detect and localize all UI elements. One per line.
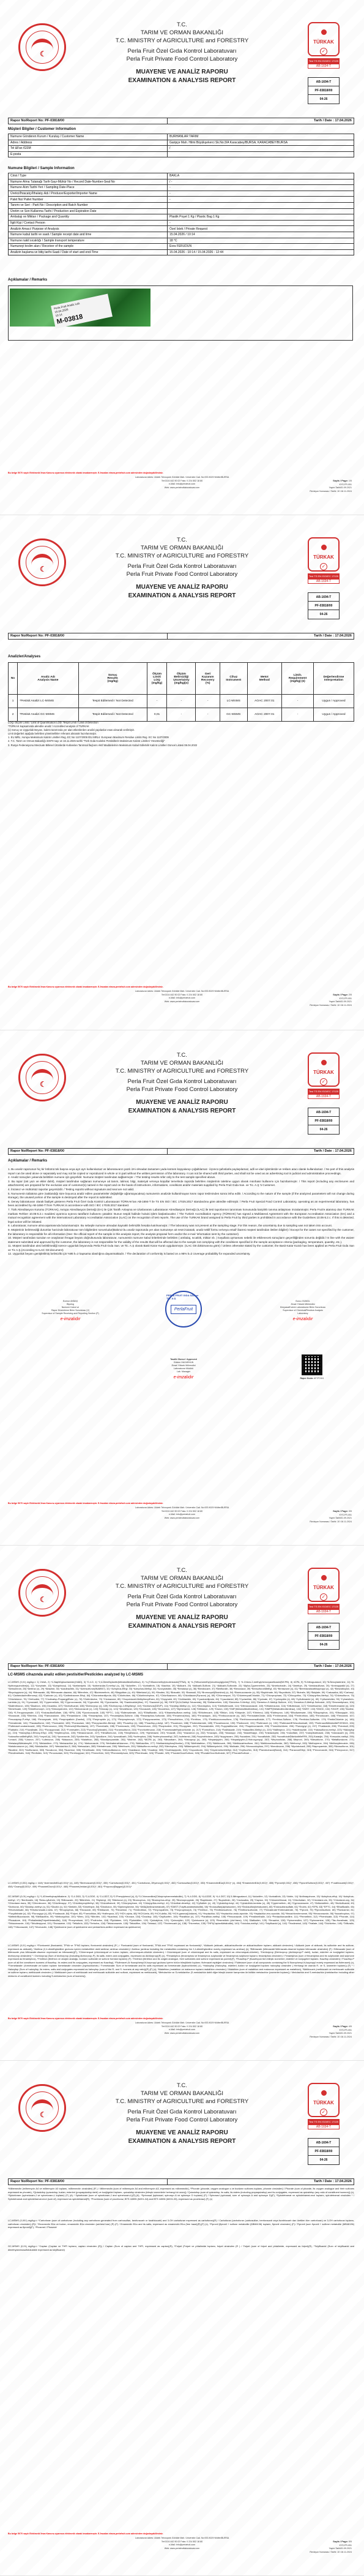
qr-code-icon[interactable] [302, 1354, 322, 1375]
lab-name-tr: Perla Fruit Özel Gıda Kontrol Laboratuva… [92, 47, 272, 55]
info-row: Numune Alma Tutanağı Tarih-Sayı-Mühür No… [9, 179, 354, 185]
signature-right: Burcu GÜMÜL Ziraat Yüksek Mühendisi Kimy… [257, 1300, 349, 1321]
report-number: Rapor No/Report No: PF-03818/00 [9, 118, 168, 124]
sum-lcmsms-0001-list: LC-MSMS (0,001) mg/kg=> *Carbofuran (sum… [8, 2219, 354, 2229]
info-value: / - [168, 179, 354, 185]
info-label: Üretim ve Son Kullanma Tarihi / Producti… [9, 208, 168, 214]
analysis-note: 3. Rusya Federasyonu Mevzuatı Bitkisel Ü… [8, 744, 354, 747]
page-meta: Sayfa / Page: 2/5 KYS-FR-051 Yayım Tarih… [310, 993, 352, 1007]
ministry-seal-icon: ☾ [18, 1569, 66, 1617]
page-number: 4/5 [349, 2025, 352, 2028]
report-date: Tarih / Date : 17.04.2026 [168, 1149, 354, 1154]
esign-notice: Bu belge 5070 sayılı Elektronik İmza Kan… [8, 986, 163, 988]
report-number: Rapor No/Report No: PF-03818/00 [9, 1149, 168, 1154]
remark-item: 1. Bu analiz raporunun hiç bir bölümü te… [8, 1168, 354, 1176]
esign-notice: Bu belge 5070 sayılı Elektronik İmza Kan… [8, 2017, 163, 2020]
esigned-mark: e-imzalıdır [24, 1318, 116, 1321]
analysis-cell: 2 [9, 708, 18, 722]
column-header: ÖlçümLimitiLOQ(mg/kg) [147, 663, 167, 695]
info-row: Ambalajı ve Miktarı / Package and Quanti… [9, 214, 354, 221]
report-header: ☾ T.C. TARIM VE ORMAN BAKANLIĞI T.C. MIN… [0, 18, 364, 110]
remark-item: 4. İmzasız ve mühürsüz raporlar geçersiz… [8, 1188, 354, 1192]
lab-name-tr: Perla Fruit Özel Gıda Kontrol Laboratuva… [92, 1593, 272, 1601]
info-label: Numune Alım Tarihi-Yeri / Sampling Date-… [9, 185, 168, 191]
lab-name-en: Perla Fruit Private Food Control Laborat… [92, 1601, 272, 1609]
pesticides-title: LC-MSMS cihazında analiz edilen pestisit… [8, 1673, 143, 1677]
remark-item: 7. Türk Akreditasyon Kurumu (TÜRKAK), Av… [8, 1208, 354, 1224]
header-titles: T.C. TARIM VE ORMAN BAKANLIĞI T.C. MINIS… [92, 21, 272, 85]
remark-item: 8. Laboratuvar, numune alma aşamasında b… [8, 1224, 354, 1228]
info-label: Tanımı ve Seri - Parti No / Description … [9, 202, 168, 208]
info-label: Numuneyi teslim alan / Receiver of the s… [9, 244, 168, 250]
lcmsms-list: LC-MSMS (0,01) mg/kg=> 1) 1NAA, 2) *1-Na… [8, 1680, 354, 1818]
lab-name-tr: Perla Fruit Özel Gıda Kontrol Laboratuva… [92, 2108, 272, 2116]
analysis-cell: Tespit Edilemedi / Not Detected [78, 708, 147, 722]
info-label: Cinsi / Type [9, 173, 168, 179]
ministry-seal-icon: ☾ [18, 2084, 66, 2132]
lab-contact: Laboratuvar Adres: Ulutek Teknopark Görü… [104, 2022, 260, 2035]
check-icon: ✓ [320, 2109, 327, 2116]
lab-contact: Laboratuvar Adres: Ulutek Teknopark Görü… [104, 2537, 260, 2550]
lab-contact: Laboratuvar Adres: Ulutek Teknopark Görü… [104, 476, 260, 489]
lab-name-en: Perla Fruit Private Food Control Laborat… [92, 1086, 272, 1093]
report-number: Rapor No/Report No: PF-03818/00 [9, 2179, 168, 2185]
sum-continued-list: *Milbemectin (milbemycin A4 ve milbemyci… [8, 2187, 354, 2200]
page-number: 3/5 [349, 1510, 352, 1513]
report-header: ☾ T.C. TARIM VE ORMAN BAKANLIĞI T.C. MIN… [0, 1049, 364, 1141]
report-title-en: EXAMINATION & ANALYSIS REPORT [92, 2137, 272, 2146]
report-header: ☾ T.C. TARIM VE ORMAN BAKANLIĞI T.C. MIN… [0, 1564, 364, 1656]
column-header: No [9, 663, 18, 695]
column-header: MetotMethod [247, 663, 282, 695]
info-value: 15.04.2026 / 10:14 [168, 232, 354, 238]
report-number-bar: Rapor No/Report No: PF-03818/00 Tarih / … [8, 2178, 354, 2185]
info-value: 18 °C [168, 238, 354, 244]
column-header: Limit₁Requirement(mg/kg) (≤) [282, 663, 314, 695]
info-value [168, 208, 354, 214]
analysis-cell: Uygun / Approved [313, 708, 354, 722]
analysis-cell: - [196, 708, 220, 722]
column-header: CihazInstrument [220, 663, 247, 695]
web-link[interactable]: Web: www.perlafruitlaboratuvar.com [104, 486, 260, 490]
info-value: Özel İstek / Private Request [168, 226, 354, 232]
report-date: Tarih / Date : 17.04.2026 [168, 1664, 354, 1669]
esigned-mark: e-imzalıdır [257, 1318, 349, 1321]
analysis-cell: Tespit Edilemedi / Not Detected [78, 695, 147, 708]
info-row: Numune Alım Tarihi-Yeri / Sampling Date-… [9, 185, 354, 191]
page-number: 2/5 [349, 994, 352, 996]
check-icon: ✓ [320, 48, 327, 55]
esign-notice: Bu belge 5070 sayılı Elektronik İmza Kan… [8, 472, 163, 474]
ministry-seal-icon: ☾ [18, 23, 66, 71]
sample-info-title: Numune Bilgileri / Sample Information [8, 167, 75, 170]
info-label: İlgili Kişi / Contact Person [9, 220, 168, 226]
ministry-tr: TARIM VE ORMAN BAKANLIĞI [92, 1574, 272, 1582]
info-row: Cinsi / TypeBAKLA [9, 173, 354, 179]
report-title-tr: MUAYENE VE ANALİZ RAPORU [92, 2129, 272, 2137]
info-label: Numune kabul tarihi ve saati / Sample re… [9, 232, 168, 238]
analyses-title: Analizler/Analyses [8, 655, 40, 659]
analysis-row: 1*Pestisit Analizi LC-MSMSTespit Edileme… [9, 695, 354, 708]
gcmsms-list: GC-MSMS (0,01) mg/kg=> 1) *1,4Dimethylna… [8, 1895, 354, 1928]
document-codes: AB-1694-T PF-03818/00 04-26 [308, 2138, 340, 2165]
company-stamp: PERLA FRUIT GIDA SAN ve TİC. A.Ş. PerlaF… [165, 1291, 202, 1328]
info-value: BURHANLAR TARIM [168, 134, 354, 140]
info-label: Adres / Address [9, 140, 168, 146]
info-value [168, 202, 354, 208]
ministry-seal-icon: ☾ [18, 1054, 66, 1101]
report-number-bar: Rapor No/Report No: PF-03818/00 Tarih / … [8, 1663, 354, 1670]
info-row: Analizin Amacı/ Purpose of AnalysisÖzel … [9, 226, 354, 232]
page-5: ☾ T.C. TARIM VE ORMAN BAKANLIĞI T.C. MIN… [0, 2061, 364, 2576]
header-titles: T.C. TARIM VE ORMAN BAKANLIĞI T.C. MINIS… [92, 1566, 272, 1631]
info-value: / [168, 146, 354, 152]
signature-left: Ecenur AKBAŞ Biyolog Numune Kabul ve Rap… [24, 1300, 116, 1321]
info-row: Tel &Fax /GSM/ [9, 146, 354, 152]
analysis-cell: - [282, 708, 314, 722]
info-label: Numune nakil sıcaklığı / Sample transpor… [9, 238, 168, 244]
remark-item: 10. Müşteri tarafından sunulan ve onayla… [8, 1236, 354, 1244]
info-row: Palet No/ Pallet Number - [9, 197, 354, 203]
lab-name-tr: Perla Fruit Özel Gıda Kontrol Laboratuva… [92, 1078, 272, 1086]
column-header: DeğerlendirmeInterpretation [313, 663, 354, 695]
report-code: AF2F2411 [314, 1377, 324, 1380]
column-header: ÖlçümBelirsizliğiUncertainty(mg/kg)(±) [167, 663, 196, 695]
sum-lcmsms-list: LC-MSMS (0,01) mg/kg=> *Flonicamid (flon… [8, 1944, 354, 2010]
turkak-badge: TÜRKAK ✓ Test TS EN ISO/IEC 17025 AB-169… [308, 1052, 340, 1099]
remark-item: 6. Deney laboratuvarı olarak faaliyet gö… [8, 1200, 354, 1208]
ministry-tr: TARIM VE ORMAN BAKANLIĞI [92, 2090, 272, 2098]
page-2: ☾ T.C. TARIM VE ORMAN BAKANLIĞI T.C. MIN… [0, 515, 364, 1030]
esign-notice: Bu belge 5070 sayılı Elektronik İmza Kan… [8, 1502, 163, 1505]
lab-contact: Laboratuvar Adres: Ulutek Teknopark Görü… [104, 990, 260, 1003]
sample-photo: Perla Fruit Analiz Lab. 15.04.2026 10:14… [10, 289, 150, 327]
analysis-cell: - [196, 695, 220, 708]
document-codes: AB-1694-T PF-03818/00 04-26 [308, 1108, 340, 1135]
esign-notice: Bu belge 5070 sayılı Elektronik İmza Kan… [8, 2533, 163, 2535]
customer-info-title: Müşteri Bilgiler / Customer Information [8, 127, 76, 131]
report-title-en: EXAMINATION & ANALYSIS REPORT [92, 592, 272, 600]
signature-center: Tasdik Olunur / Approved Gülden HAZARHUN… [138, 1358, 229, 1379]
report-title-en: EXAMINATION & ANALYSIS REPORT [92, 1622, 272, 1631]
info-value: - [168, 191, 354, 197]
info-value [168, 151, 354, 157]
report-header: ☾ T.C. TARIM VE ORMAN BAKANLIĞI T.C. MIN… [0, 534, 364, 625]
page-meta: Sayfa / Page: 4/5 KYS-FR-051 Yayım Tarih… [310, 2025, 352, 2039]
document-codes: AB-1694-T PF-03818/00 04-26 [308, 77, 340, 104]
turkak-badge: TÜRKAK ✓ Test TS EN ISO/IEC 17025 AB-169… [308, 22, 340, 69]
info-label: Numune Alma Tutanağı Tarih-Sayı-Mühür No… [9, 179, 168, 185]
info-row: E-posta [9, 151, 354, 157]
analysis-cell: - [282, 695, 314, 708]
info-value: - [168, 197, 354, 203]
sample-info-table: Cinsi / TypeBAKLANumune Alma Tutanağı Ta… [8, 173, 354, 255]
remark-item: 12. Uygunluk beyanı genişletilmiş belirs… [8, 1252, 354, 1256]
tc-label: T.C. [92, 1051, 272, 1059]
ministry-tr: TARIM VE ORMAN BAKANLIĞI [92, 544, 272, 552]
lab-name-en: Perla Fruit Private Food Control Laborat… [92, 2116, 272, 2124]
info-row: Tanımı ve Seri - Parti No / Description … [9, 202, 354, 208]
web-link[interactable]: Web: www.perlafruitlaboratuvar.com [104, 2547, 260, 2551]
info-row: Üretim ve Son Kullanma Tarihi / Producti… [9, 208, 354, 214]
column-header: SonuçResults(mg/kg) [78, 663, 147, 695]
ministry-en: T.C. MINISTRY of AGRICULTURE and FORESTR… [92, 2098, 272, 2106]
turkak-badge: TÜRKAK ✓ Test TS EN ISO/IEC 17025 AB-169… [308, 537, 340, 584]
report-title-en: EXAMINATION & ANALYSIS REPORT [92, 1107, 272, 1116]
info-row: Numune nakil sıcaklığı / Sample transpor… [9, 238, 354, 244]
analysis-cell: LC-MSMS [220, 695, 247, 708]
analysis-row: 2*Pestisit Analizi GC-MSMSTespit Edileme… [9, 708, 354, 722]
ministry-en: T.C. MINISTRY of AGRICULTURE and FORESTR… [92, 1067, 272, 1075]
info-label: E-posta [9, 151, 168, 157]
remarks-list: 1. Bu analiz raporunun hiç bir bölümü te… [8, 1168, 354, 1256]
crescent-icon [321, 2090, 327, 2096]
info-label: Analizin başlama ve bitiş tarihi-Saati /… [9, 249, 168, 255]
sum-gcmsms-list: GC-MSMS (0,01) mg/kg=> *Captan (Captan v… [8, 2245, 354, 2251]
header-titles: T.C. TARIM VE ORMAN BAKANLIĞI T.C. MINIS… [92, 2082, 272, 2146]
remarks-box: Perla Fruit Analiz Lab. 15.04.2026 10:14… [8, 285, 353, 341]
info-row: Üretici/İhracatçı/İthalatçı Adı / Produc… [9, 191, 354, 197]
analysis-cell: *Pestisit Analizi LC-MSMS [18, 695, 79, 708]
info-value: Plastik Poşet 1 Kg / Plastic Bag 1 Kg [168, 214, 354, 221]
tc-label: T.C. [92, 1566, 272, 1574]
report-header: ☾ T.C. TARIM VE ORMAN BAKANLIĞI T.C. MIN… [0, 2079, 364, 2171]
analysis-cell: GC-MSMS [220, 708, 247, 722]
document-codes: AB-1694-T PF-03818/00 04-26 [308, 1623, 340, 1650]
report-number-bar: Rapor No/Report No: PF-03818/00 Tarih / … [8, 1148, 354, 1155]
analysis-cell: *Pestisit Analizi GC-MSMS [18, 708, 79, 722]
info-value: BAKLA [168, 173, 354, 179]
info-row: Numune kabul tarihi ve saati / Sample re… [9, 232, 354, 238]
info-row: İlgili Kişi / Contact Person - [9, 220, 354, 226]
remarks-list-title: Açıklamalar / Remarks [8, 1159, 47, 1163]
report-number: Rapor No/Report No: PF-03818/00 [9, 1664, 168, 1669]
info-value: - [168, 185, 354, 191]
crescent-icon [321, 29, 327, 35]
info-value: - [168, 220, 354, 226]
ministry-tr: TARIM VE ORMAN BAKANLIĞI [92, 1059, 272, 1067]
lab-contact: Laboratuvar Adres: Ulutek Teknopark Görü… [104, 1506, 260, 1520]
info-label: Palet No/ Pallet Number [9, 197, 168, 203]
header-titles: T.C. TARIM VE ORMAN BAKANLIĞI T.C. MINIS… [92, 536, 272, 600]
turkak-badge: TÜRKAK ✓ Test TS EN ISO/IEC 17025 AB-169… [308, 2083, 340, 2129]
column-header: GeriKazanımRecovery(%) [196, 663, 220, 695]
check-icon: ✓ [320, 1078, 327, 1086]
tc-label: T.C. [92, 2082, 272, 2090]
remark-item: 11. Müşteri tarafından aksi belirtilmedi… [8, 1244, 354, 1252]
analysis-cell: AOAC 2007.01 [247, 708, 282, 722]
crescent-icon [321, 545, 327, 550]
page-3: ☾ T.C. TARIM VE ORMAN BAKANLIĞI T.C. MIN… [0, 1030, 364, 1546]
customer-info-table: Numune Gönderen Kurum / Kuruluş / Custom… [8, 134, 354, 157]
info-label: Tel &Fax /GSM [9, 146, 168, 152]
remark-item: 3. Bu rapor (üst yazı ve ekler dahil), m… [8, 1180, 354, 1188]
analysis-cell: - [167, 708, 196, 722]
crescent-icon [321, 1575, 327, 1581]
report-title-tr: MUAYENE VE ANALİZ RAPORU [92, 68, 272, 77]
info-row: Numune Gönderen Kurum / Kuruluş / Custom… [9, 134, 354, 140]
web-link[interactable]: Web: www.perlafruitlaboratuvar.com [104, 1517, 260, 1520]
info-row: Numuneyi teslim alan / Receiver of the s… [9, 244, 354, 250]
remarks-title: Açıklamalar / Remarks [8, 278, 47, 282]
document-codes: AB-1694-T PF-03818/00 04-26 [308, 592, 340, 619]
analysis-cell: 0,01 [147, 708, 167, 722]
turkak-badge: TÜRKAK ✓ Test TS EN ISO/IEC 17025 AB-169… [308, 1568, 340, 1614]
analyses-notes: LOQ: Ölçüm Limiti / Limit of Quantificat… [8, 721, 354, 747]
lcmsms-0001-list: LC-MSMS (0,001) mg/kg=> 448) *Avermectin… [8, 1881, 354, 1888]
header-titles: T.C. TARIM VE ORMAN BAKANLIĞI T.C. MINIS… [92, 1051, 272, 1116]
column-header: Analiz AdıAnalysis Name [18, 663, 79, 695]
web-link[interactable]: Web: www.perlafruitlaboratuvar.com [104, 1000, 260, 1004]
report-title-tr: MUAYENE VE ANALİZ RAPORU [92, 1614, 272, 1622]
info-label: Üretici/İhracatçı/İthalatçı Adı / Produc… [9, 191, 168, 197]
tc-label: T.C. [92, 21, 272, 29]
analysis-cell: - [167, 695, 196, 708]
page-number: 5/5 [349, 2540, 352, 2543]
analysis-cell: Uygun / Approved [313, 695, 354, 708]
analysis-cell: 1 [9, 695, 18, 708]
report-number: Rapor No/Report No: PF-03818/00 [9, 633, 168, 639]
analysis-cell: AOAC 2007.01 [247, 695, 282, 708]
info-label: Ambalajı ve Miktarı / Package and Quanti… [9, 214, 168, 221]
web-link[interactable]: Web: www.perlafruitlaboratuvar.com [104, 2032, 260, 2036]
report-title-tr: MUAYENE VE ANALİZ RAPORU [92, 1098, 272, 1107]
ministry-tr: TARIM VE ORMAN BAKANLIĞI [92, 29, 272, 37]
remark-item: 9. Müşterinin belirtmediği durumlar hari… [8, 1228, 354, 1236]
page-1: ☾ T.C. TARIM VE ORMAN BAKANLIĞI T.C. MIN… [0, 0, 364, 515]
info-row: Adres / AddressGaripçe Mah. Hilmi Büyükş… [9, 140, 354, 146]
report-title-tr: MUAYENE VE ANALİZ RAPORU [92, 583, 272, 592]
report-title-en: EXAMINATION & ANALYSIS REPORT [92, 77, 272, 85]
remark-item: 2. Analiz sonuçları yukarıda belirtilen … [8, 1176, 354, 1180]
tc-label: T.C. [92, 536, 272, 544]
ministry-en: T.C. MINISTRY of AGRICULTURE and FORESTR… [92, 552, 272, 560]
check-icon: ✓ [320, 1593, 327, 1601]
ministry-seal-icon: ☾ [18, 538, 66, 586]
page-meta: Sayfa / Page: 1/5 KYS-FR-051 Yayım Tarih… [310, 479, 352, 493]
crescent-icon [321, 1060, 327, 1065]
esigned-mark: e-imzalıdır [138, 1376, 229, 1379]
report-date: Tarih / Date : 17.04.2026 [168, 118, 354, 124]
lab-name-en: Perla Fruit Private Food Control Laborat… [92, 570, 272, 578]
ministry-en: T.C. MINISTRY of AGRICULTURE and FORESTR… [92, 1582, 272, 1590]
info-value: 15.04.2026 - 10:14 / 15.04.2026 - 12:44 [168, 249, 354, 255]
page-meta: Sayfa / Page: 3/5 KYS-FR-051 Yayım Tarih… [310, 1509, 352, 1524]
sample-label: Perla Fruit Analiz Lab. 15.04.2026 10:14… [51, 294, 113, 329]
page-meta: Sayfa / Page: 5/5 KYS-FR-051 Yayım Tarih… [310, 2540, 352, 2554]
report-date: Tarih / Date : 17.04.2026 [168, 633, 354, 639]
info-label: Analizin Amacı/ Purpose of Analysis [9, 226, 168, 232]
check-icon: ✓ [320, 563, 327, 570]
analyses-table: NoAnaliz AdıAnalysis NameSonuçResults(mg… [8, 662, 354, 722]
lab-name-tr: Perla Fruit Özel Gıda Kontrol Laboratuva… [92, 562, 272, 570]
info-value: Garipçe Mah. Hilmi Büyükşekerci Sk.No:3/… [168, 140, 354, 146]
info-row: Analizin başlama ve bitiş tarihi-Saati /… [9, 249, 354, 255]
report-number-bar: Rapor No/Report No: PF-03818/00 Tarih / … [8, 118, 354, 124]
lab-name-en: Perla Fruit Private Food Control Laborat… [92, 55, 272, 63]
info-value: Esra FERUDUN [168, 244, 354, 250]
page-number: 1/5 [349, 480, 352, 482]
report-date: Tarih / Date : 17.04.2026 [168, 2179, 354, 2185]
info-label: Numune Gönderen Kurum / Kuruluş / Custom… [9, 134, 168, 140]
report-verification: Rapor Kodu: AF2F2411 [288, 1352, 336, 1380]
remark-item: 5. Numunenin tabiatına göre (saklandığı … [8, 1192, 354, 1200]
page-4: ☾ T.C. TARIM VE ORMAN BAKANLIĞI T.C. MIN… [0, 1546, 364, 2061]
ministry-en: T.C. MINISTRY of AGRICULTURE and FORESTR… [92, 37, 272, 45]
report-number-bar: Rapor No/Report No: PF-03818/00 Tarih / … [8, 633, 354, 640]
analysis-cell: - [147, 695, 167, 708]
